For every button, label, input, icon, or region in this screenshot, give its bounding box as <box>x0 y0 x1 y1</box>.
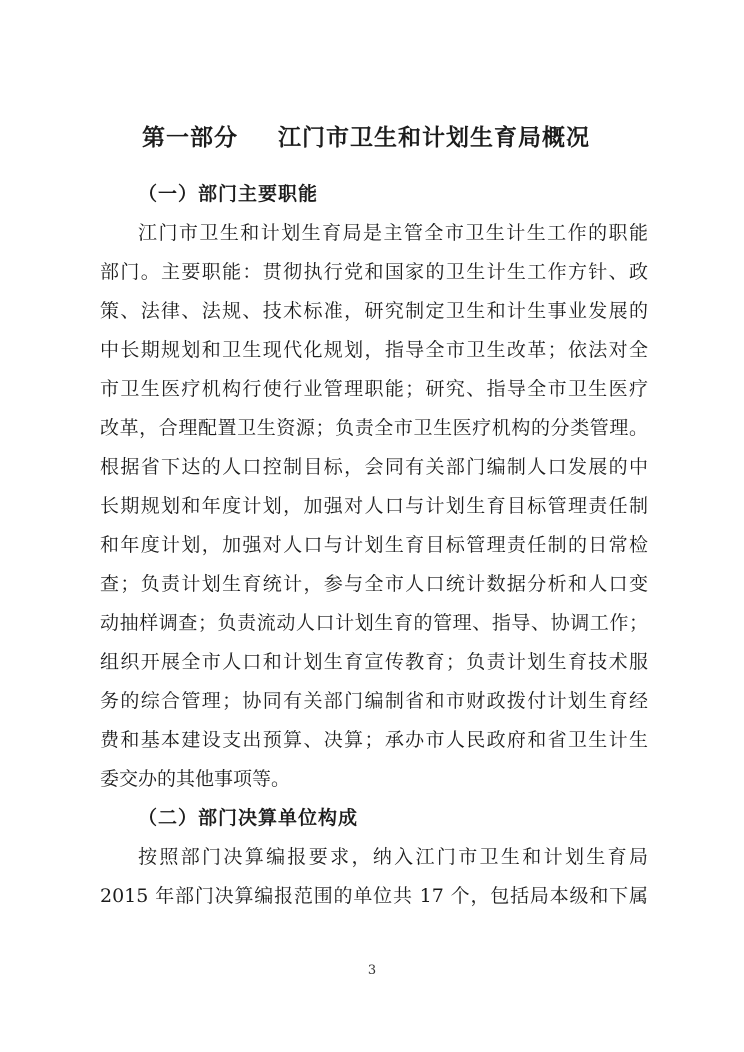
paragraph-budget-units: 按照部门决算编报要求，纳入江门市卫生和计划生育局 2015 年部门决算编报范围的… <box>100 838 648 916</box>
document-title-part1: 第一部分 <box>142 124 238 151</box>
text-line: 费和基本建设支出预算、决算；承办市人民政府和省卫生计生 <box>100 721 648 760</box>
text-line: 中长期规划和卫生现代化规划，指导全市卫生改革；依法对全 <box>100 331 648 370</box>
text-line: 策、法律、法规、技术标准，研究制定卫生和计生事业发展的 <box>100 292 648 331</box>
paragraph-main-functions: 江门市卫生和计划生育局是主管全市卫生计生工作的职能 部门。主要职能：贯彻执行党和… <box>100 214 648 799</box>
text-line: 根据省下达的人口控制目标，会同有关部门编制人口发展的中 <box>100 448 648 487</box>
document-title-part2: 江门市卫生和计划生育局概况 <box>278 124 590 151</box>
text-line: 江门市卫生和计划生育局是主管全市卫生计生工作的职能 <box>100 214 648 253</box>
text-line: 组织开展全市人口和计划生育宣传教育；负责计划生育技术服 <box>100 643 648 682</box>
text-line: 按照部门决算编报要求，纳入江门市卫生和计划生育局 <box>100 838 648 877</box>
section-heading-1: （一）部门主要职能 <box>100 175 648 214</box>
text-line: 长期规划和年度计划，加强对人口与计划生育目标管理责任制 <box>100 487 648 526</box>
text-line: 市卫生医疗机构行使行业管理职能；研究、指导全市卫生医疗 <box>100 370 648 409</box>
text-line: 查；负责计划生育统计，参与全市人口统计数据分析和人口变 <box>100 565 648 604</box>
document-title: 第一部分江门市卫生和计划生育局概况 <box>100 118 648 157</box>
document-page: 第一部分江门市卫生和计划生育局概况 （一）部门主要职能 江门市卫生和计划生育局是… <box>0 0 744 1052</box>
text-line: 和年度计划，加强对人口与计划生育目标管理责任制的日常检 <box>100 526 648 565</box>
text-line: 委交办的其他事项等。 <box>100 760 648 799</box>
text-line: 2015 年部门决算编报范围的单位共 17 个，包括局本级和下属 <box>100 877 648 916</box>
text-line: 动抽样调查；负责流动人口计划生育的管理、指导、协调工作； <box>100 604 648 643</box>
page-number: 3 <box>0 963 744 978</box>
text-line: 务的综合管理；协同有关部门编制省和市财政拨付计划生育经 <box>100 682 648 721</box>
text-line: 改革，合理配置卫生资源；负责全市卫生医疗机构的分类管理。 <box>100 409 648 448</box>
section-heading-2: （二）部门决算单位构成 <box>100 799 648 838</box>
text-line: 部门。主要职能：贯彻执行党和国家的卫生计生工作方针、政 <box>100 253 648 292</box>
